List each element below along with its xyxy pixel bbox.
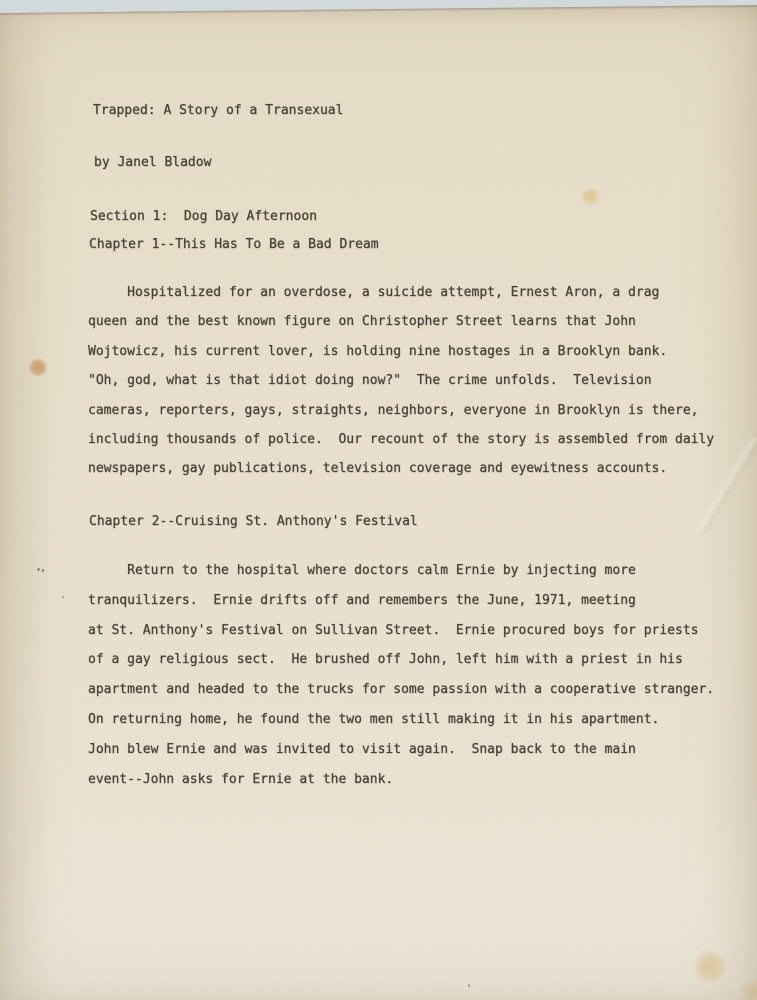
document-byline: by Janel Bladow bbox=[94, 148, 211, 177]
chapter-2-heading: Chapter 2--Cruising St. Anthony's Festiv… bbox=[89, 507, 418, 536]
stain-bottom-corner bbox=[739, 977, 757, 1000]
pencil-dots-left-margin bbox=[36, 567, 46, 573]
chapter-1-heading: Chapter 1--This Has To Be a Bad Dream bbox=[89, 230, 379, 259]
paper-top-edge-shadow bbox=[0, 5, 757, 16]
section-heading: Section 1: Dog Day Afternoon bbox=[90, 202, 317, 231]
stain-bottom-right bbox=[694, 952, 726, 982]
document-title: Trapped: A Story of a Transexual bbox=[93, 96, 343, 125]
paragraph-2: Return to the hospital where doctors cal… bbox=[88, 556, 714, 794]
scan-background: { "background_color": "#d2d9dd", "paper_… bbox=[0, 0, 757, 1000]
paper-speck bbox=[468, 984, 470, 987]
manuscript-paper: Trapped: A Story of a Transexual by Jane… bbox=[0, 0, 757, 1000]
paper-crease bbox=[667, 430, 757, 541]
paragraph-1: Hospitalized for an overdose, a suicide … bbox=[88, 278, 714, 484]
paper-speck bbox=[62, 596, 64, 598]
smudge-upper-right bbox=[582, 189, 600, 205]
stain-left-margin bbox=[29, 359, 47, 376]
